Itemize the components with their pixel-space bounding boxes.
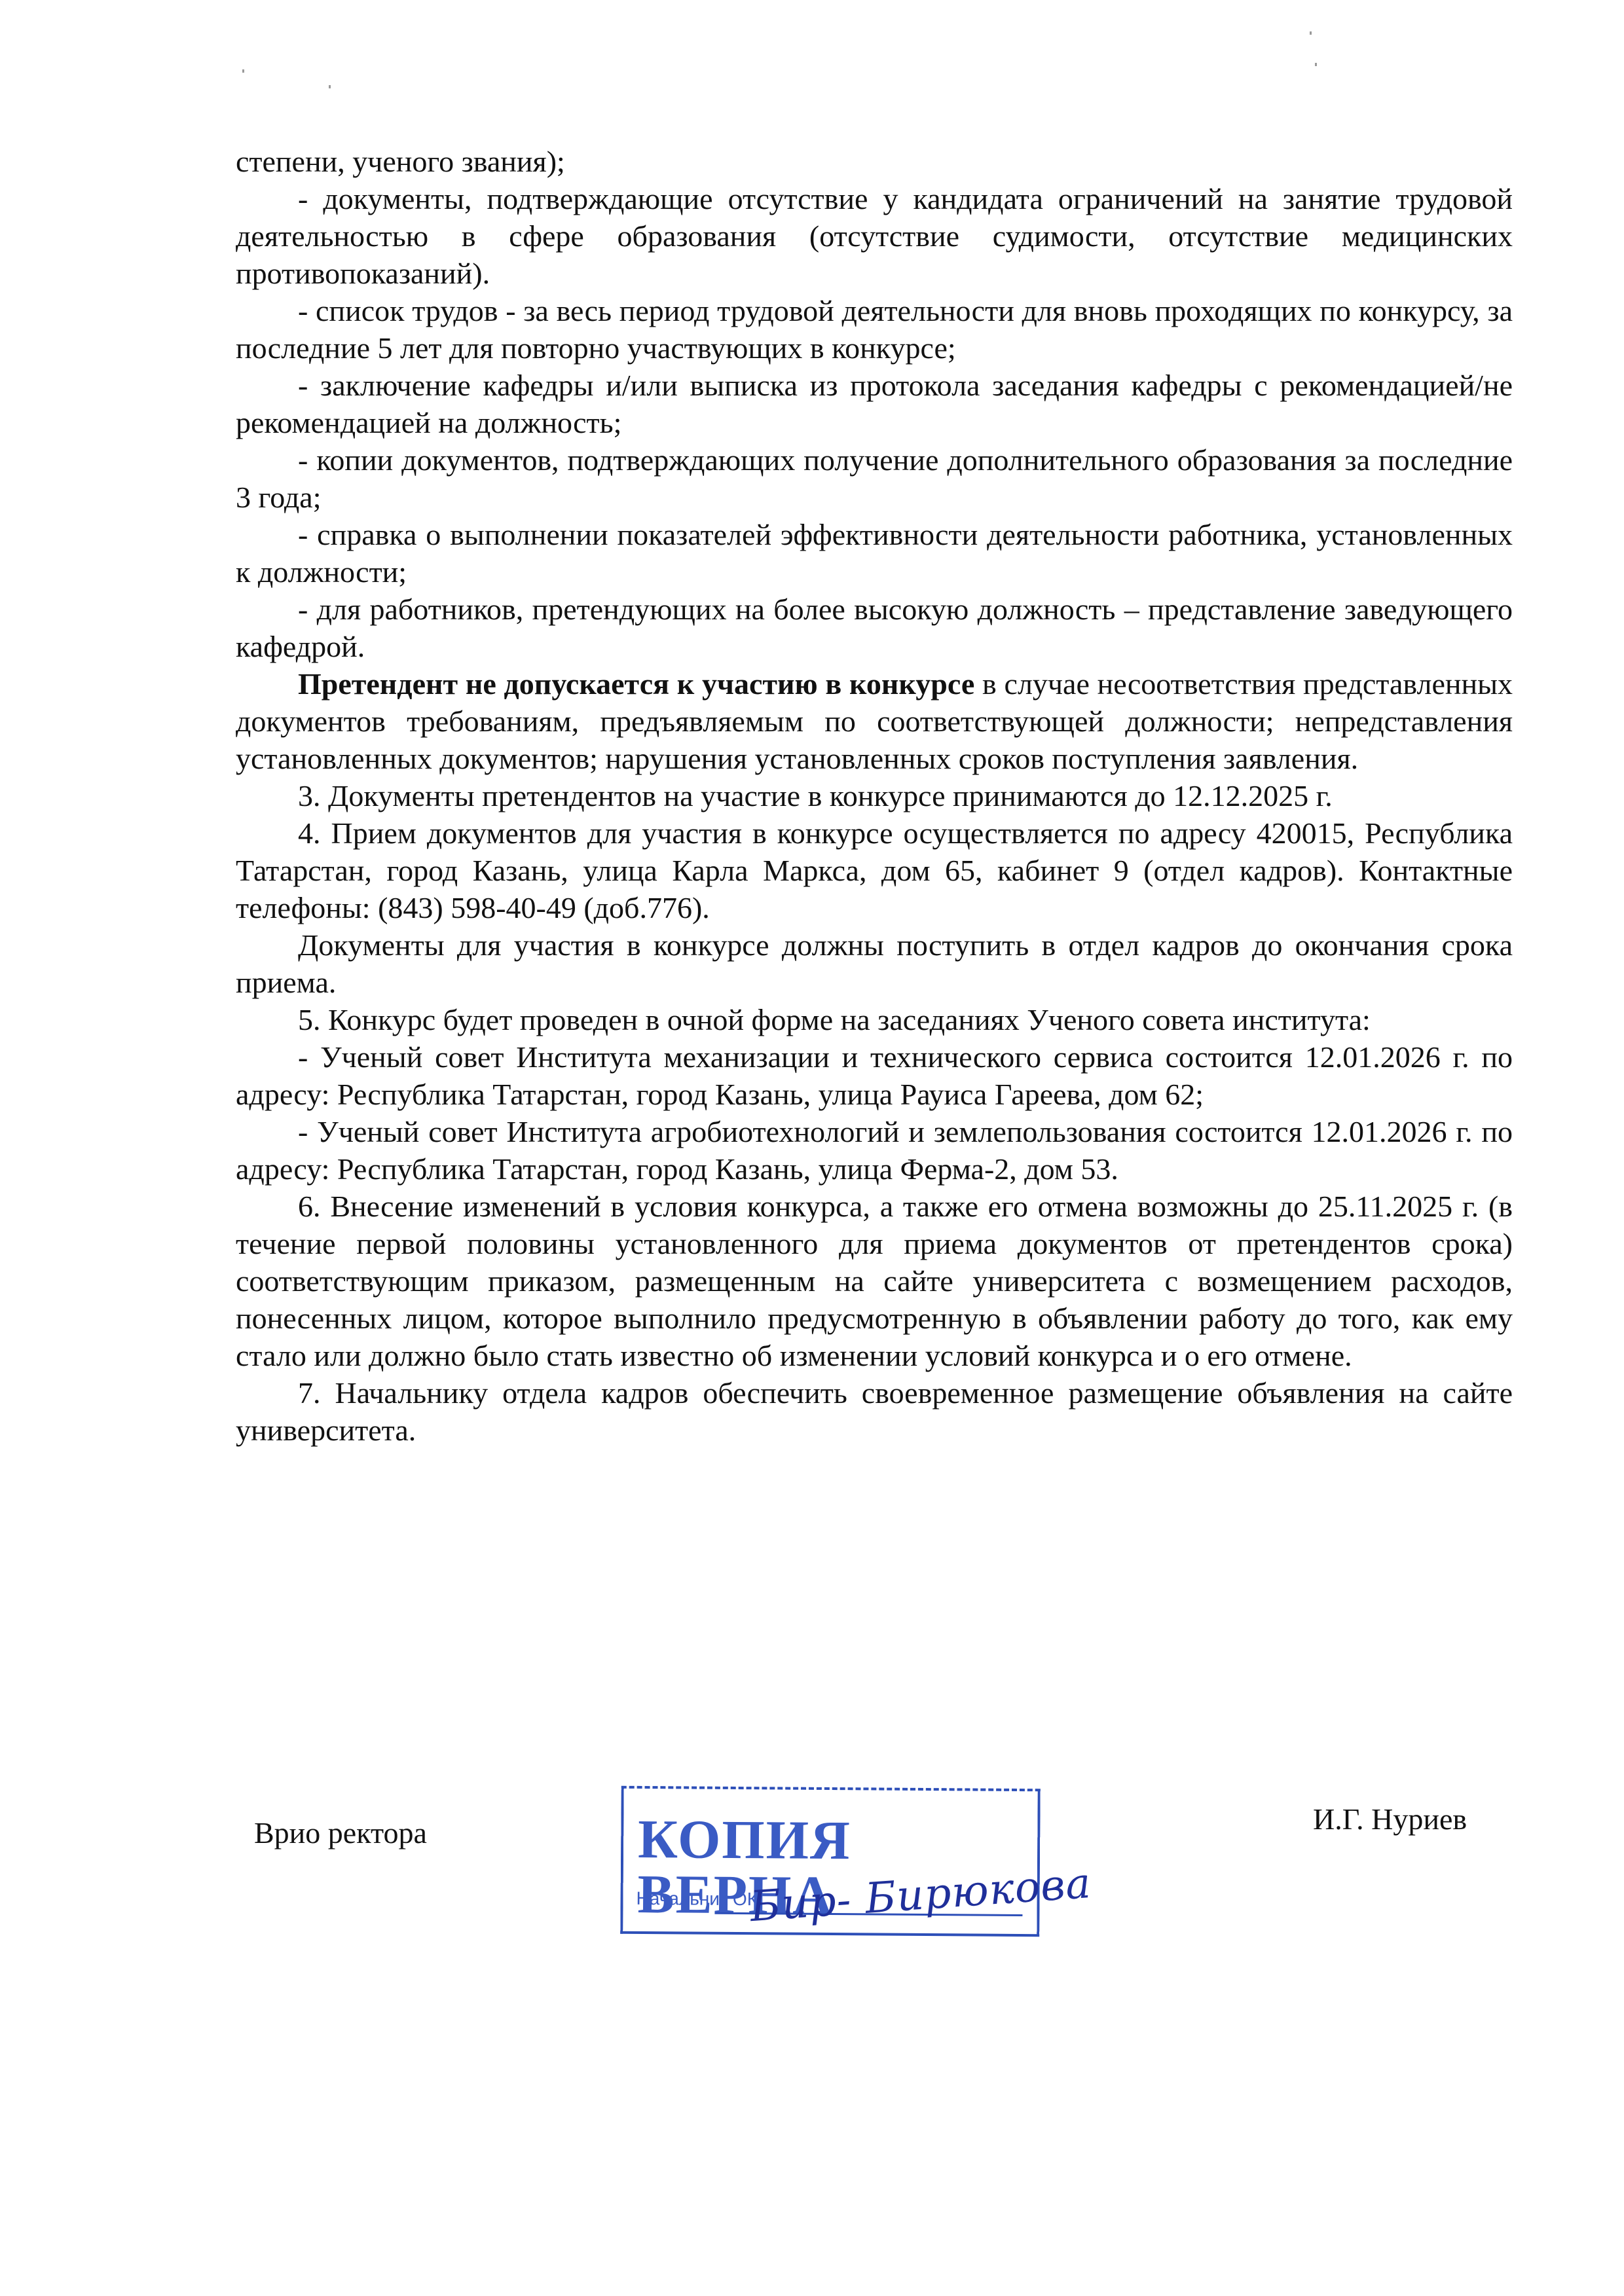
item-submission-note: Документы для участия в конкурсе должны … [236,926,1513,1001]
signatory-name: И.Г. Нуриев [1313,1802,1467,1836]
item-changes: 6. Внесение изменений в условия конкурса… [236,1188,1513,1374]
scan-speck [1310,31,1312,35]
paragraph-continuation: степени, ученого звания); [236,143,1513,180]
stamp-role: Начальник ОК [636,1888,758,1910]
item-publication-duty: 7. Начальнику отдела кадров обеспечить с… [236,1374,1513,1449]
item-competition-form: 5. Конкурс будет проведен в очной форме … [236,1001,1513,1038]
document-body: степени, ученого звания); - документы, п… [236,143,1513,1449]
scan-speck [1315,63,1317,66]
exclusion-bold-lead: Претендент не допускается к участию в ко… [298,667,974,701]
scan-speck [329,85,331,88]
list-item-department-conclusion: - заключение кафедры и/или выписка из пр… [236,367,1513,441]
item-council-mechanization: - Ученый совет Института механизации и т… [236,1038,1513,1113]
item-deadline: 3. Документы претендентов на участие в к… [236,777,1513,814]
exclusion-paragraph: Претендент не допускается к участию в ко… [236,665,1513,777]
list-item-publications: - список трудов - за весь период трудово… [236,292,1513,367]
scan-speck [242,69,244,73]
list-item-head-recommendation: - для работников, претендующих на более … [236,591,1513,665]
item-council-agrobiotech: - Ученый совет Института агробиотехнолог… [236,1113,1513,1188]
list-item-additional-education: - копии документов, подтверждающих получ… [236,441,1513,516]
list-item-performance-certificate: - справка о выполнении показателей эффек… [236,516,1513,591]
signatory-position: Врио ректора [254,1815,427,1850]
item-submission-address: 4. Прием документов для участия в конкур… [236,814,1513,926]
list-item-restrictions: - документы, подтверждающие отсутствие у… [236,180,1513,292]
